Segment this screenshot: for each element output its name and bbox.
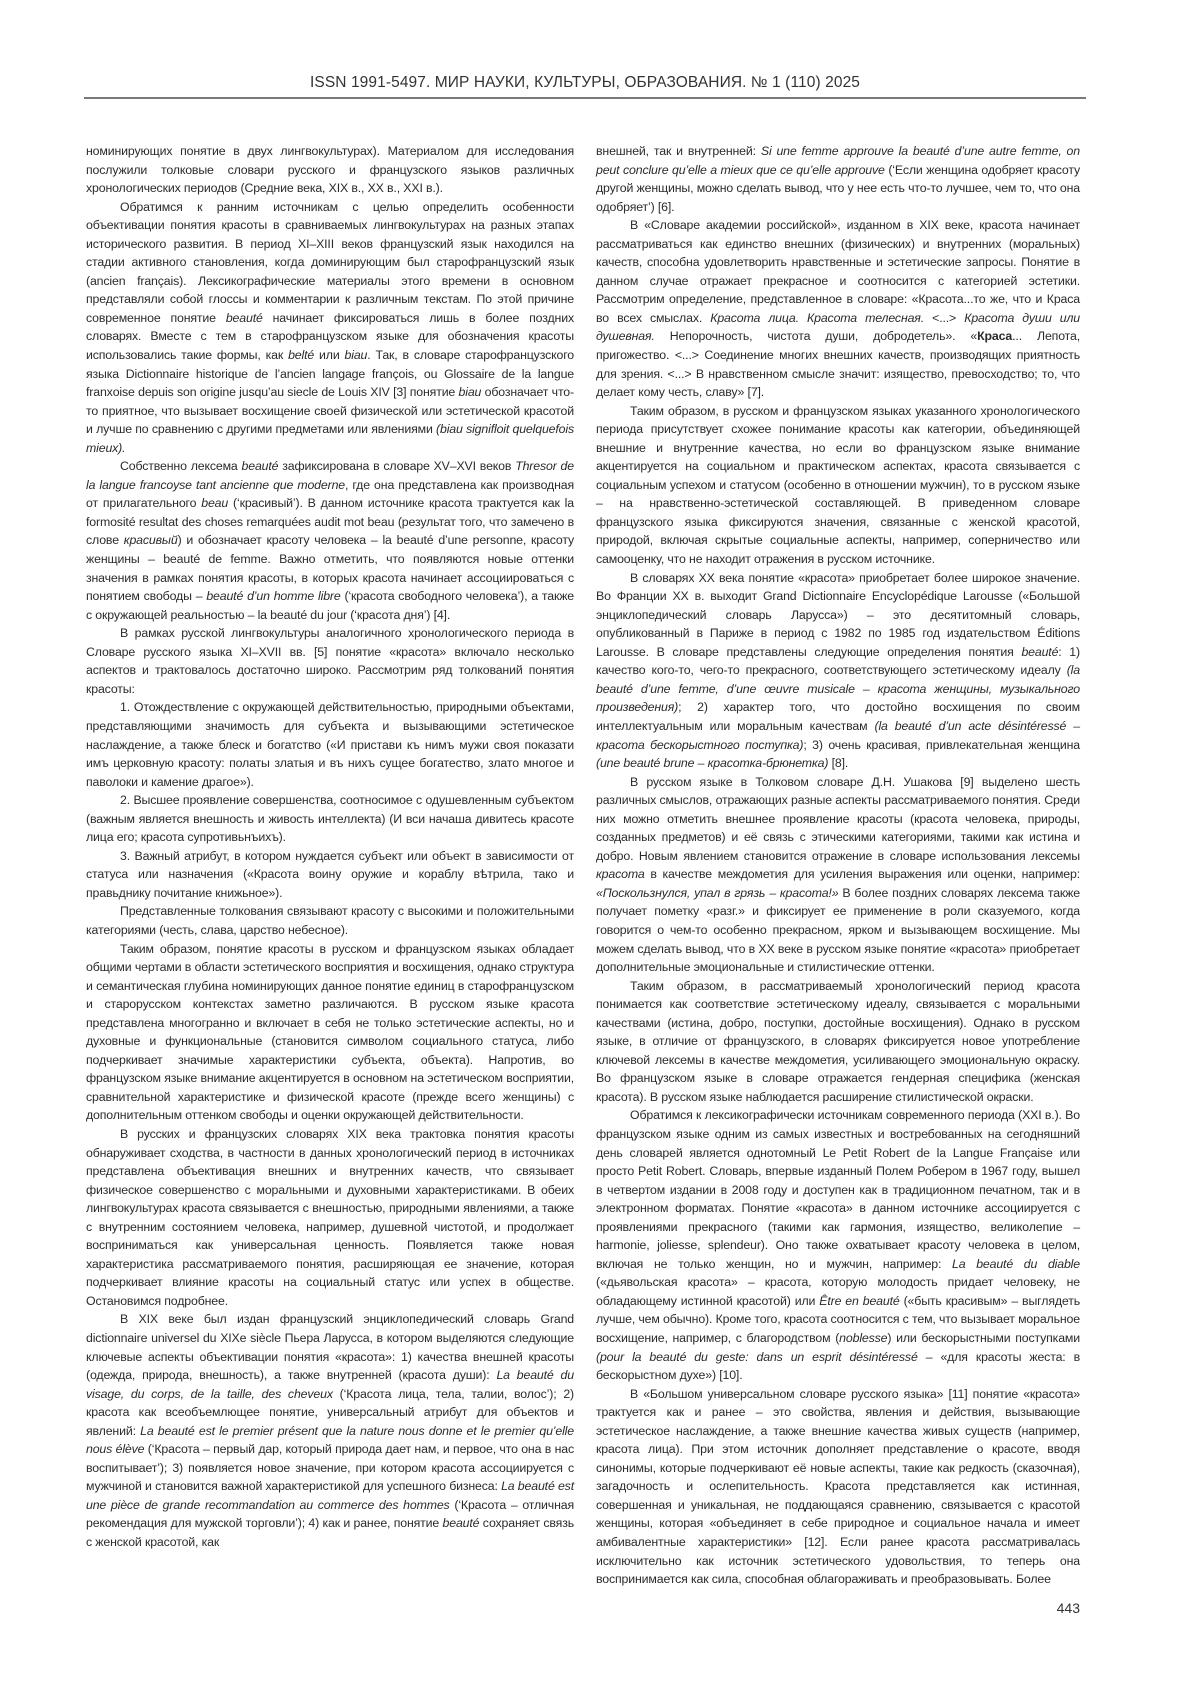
text-run: Таким образом, в русском и французском я… [596, 404, 1080, 566]
text-run: В русских и французских словарях XIX век… [86, 1127, 574, 1308]
text-run: Обратимся к лексикографически источникам… [596, 1108, 1080, 1270]
text-run: номинирующих понятие в двух лингвокульту… [86, 144, 574, 195]
body-paragraph: Обратимся к лексикографически источникам… [596, 1106, 1080, 1384]
body-paragraph: Таким образом, понятие красоты в русском… [86, 940, 574, 1125]
text-run: В русском языке в Толковом словаре Д.Н. … [596, 775, 1080, 863]
text-run: 1. Отождествление с окружающей действите… [86, 700, 574, 788]
body-paragraph: Таким образом, в русском и французском я… [596, 402, 1080, 569]
text-run: [8]. [828, 756, 848, 770]
running-header: ISSN 1991-5497. МИР НАУКИ, КУЛЬТУРЫ, ОБР… [84, 74, 1086, 92]
text-run: В «Словаре академии российской», изданно… [596, 218, 1080, 325]
italic-phrase: beauté d’un homme libre [206, 589, 340, 603]
italic-phrase: beau [201, 496, 228, 510]
italic-phrase: «Поскользнулся, упал в грязь – красота!» [596, 886, 838, 900]
text-run: ; 3) очень красивая, привлекательная жен… [803, 738, 1080, 752]
italic-phrase: Красота лица. Красота телесная. [710, 311, 924, 325]
text-run: 2. Высшее проявление совершенства, соотн… [86, 793, 574, 844]
body-paragraph: Обратимся к ранним источникам с целью оп… [86, 198, 574, 458]
italic-phrase: beauté [242, 459, 279, 473]
list-item-paragraph: 1. Отождествление с окружающей действите… [86, 698, 574, 791]
italic-phrase: (une beauté brune – красотка-брюнетка) [596, 756, 828, 770]
body-paragraph: В «Словаре академии российской», изданно… [596, 216, 1080, 401]
body-paragraph: Таким образом, в рассматриваемый хроноло… [596, 977, 1080, 1107]
text-run: 3. Важный атрибут, в котором нуждается с… [86, 849, 574, 900]
header-rule [84, 97, 1086, 99]
text-run: ) или бескорыстными поступками [887, 1331, 1080, 1345]
italic-phrase: biau [345, 348, 368, 362]
text-run: В словарях XX века понятие «красота» при… [596, 571, 1080, 659]
text-run: внешней, так и внутренней: [596, 144, 761, 158]
italic-phrase: красивый [124, 533, 178, 547]
body-paragraph: В русском языке в Толковом словаре Д.Н. … [596, 773, 1080, 977]
left-column: номинирующих понятие в двух лингвокульту… [86, 142, 574, 1552]
right-column: внешней, так и внутренней: Si une femme … [596, 142, 1080, 1589]
text-run: В «Большом универсальном словаре русског… [596, 1387, 1080, 1586]
text-run: <...> [924, 311, 964, 325]
italic-phrase: belté [288, 348, 314, 362]
list-item-paragraph: 2. Высшее проявление совершенства, соотн… [86, 791, 574, 847]
text-run: или [314, 348, 344, 362]
text-run: Таким образом, понятие красоты в русском… [86, 942, 574, 1123]
italic-phrase: beauté [1021, 645, 1058, 659]
italic-phrase: красота [596, 867, 645, 881]
list-item-paragraph: 3. Важный атрибут, в котором нуждается с… [86, 847, 574, 903]
body-paragraph: номинирующих понятие в двух лингвокульту… [86, 142, 574, 198]
text-run: Представленные толкования связывают крас… [86, 904, 574, 937]
body-paragraph: В XIX веке был издан французский энцикло… [86, 1310, 574, 1551]
text-run: Обратимся к ранним источникам с целью оп… [86, 200, 574, 325]
body-paragraph: Собственно лексема beauté зафиксирована … [86, 457, 574, 624]
italic-phrase: noblesse [839, 1331, 887, 1345]
body-paragraph: В «Большом универсальном словаре русског… [596, 1385, 1080, 1589]
body-paragraph: В русских и французских словарях XIX век… [86, 1125, 574, 1310]
bold-term: Краса [977, 329, 1012, 343]
text-run: в качестве междометия для усиления выраж… [645, 867, 1080, 881]
italic-phrase: (pour la beauté du geste: dans un esprit… [596, 1350, 918, 1364]
text-run: Непорочность, чистота души, добродетель»… [655, 329, 977, 343]
italic-phrase: beauté [226, 311, 263, 325]
page-number: 443 [1040, 1600, 1080, 1616]
body-paragraph: внешней, так и внутренней: Si une femme … [596, 142, 1080, 216]
text-run: В рамках русской лингвокультуры аналогич… [86, 626, 574, 696]
italic-phrase: beauté [443, 1516, 480, 1530]
italic-phrase: La beauté du diable [952, 1257, 1080, 1271]
body-paragraph: Представленные толкования связывают крас… [86, 902, 574, 939]
italic-phrase: Être en beauté [819, 1294, 899, 1308]
italic-phrase: biau [459, 385, 482, 399]
text-run: Собственно лексема [120, 459, 242, 473]
body-paragraph: В словарях XX века понятие «красота» при… [596, 569, 1080, 773]
text-run: зафиксирована в словаре XV–XVI веков [278, 459, 515, 473]
body-paragraph: В рамках русской лингвокультуры аналогич… [86, 624, 574, 698]
text-run: Таким образом, в рассматриваемый хроноло… [596, 979, 1080, 1104]
